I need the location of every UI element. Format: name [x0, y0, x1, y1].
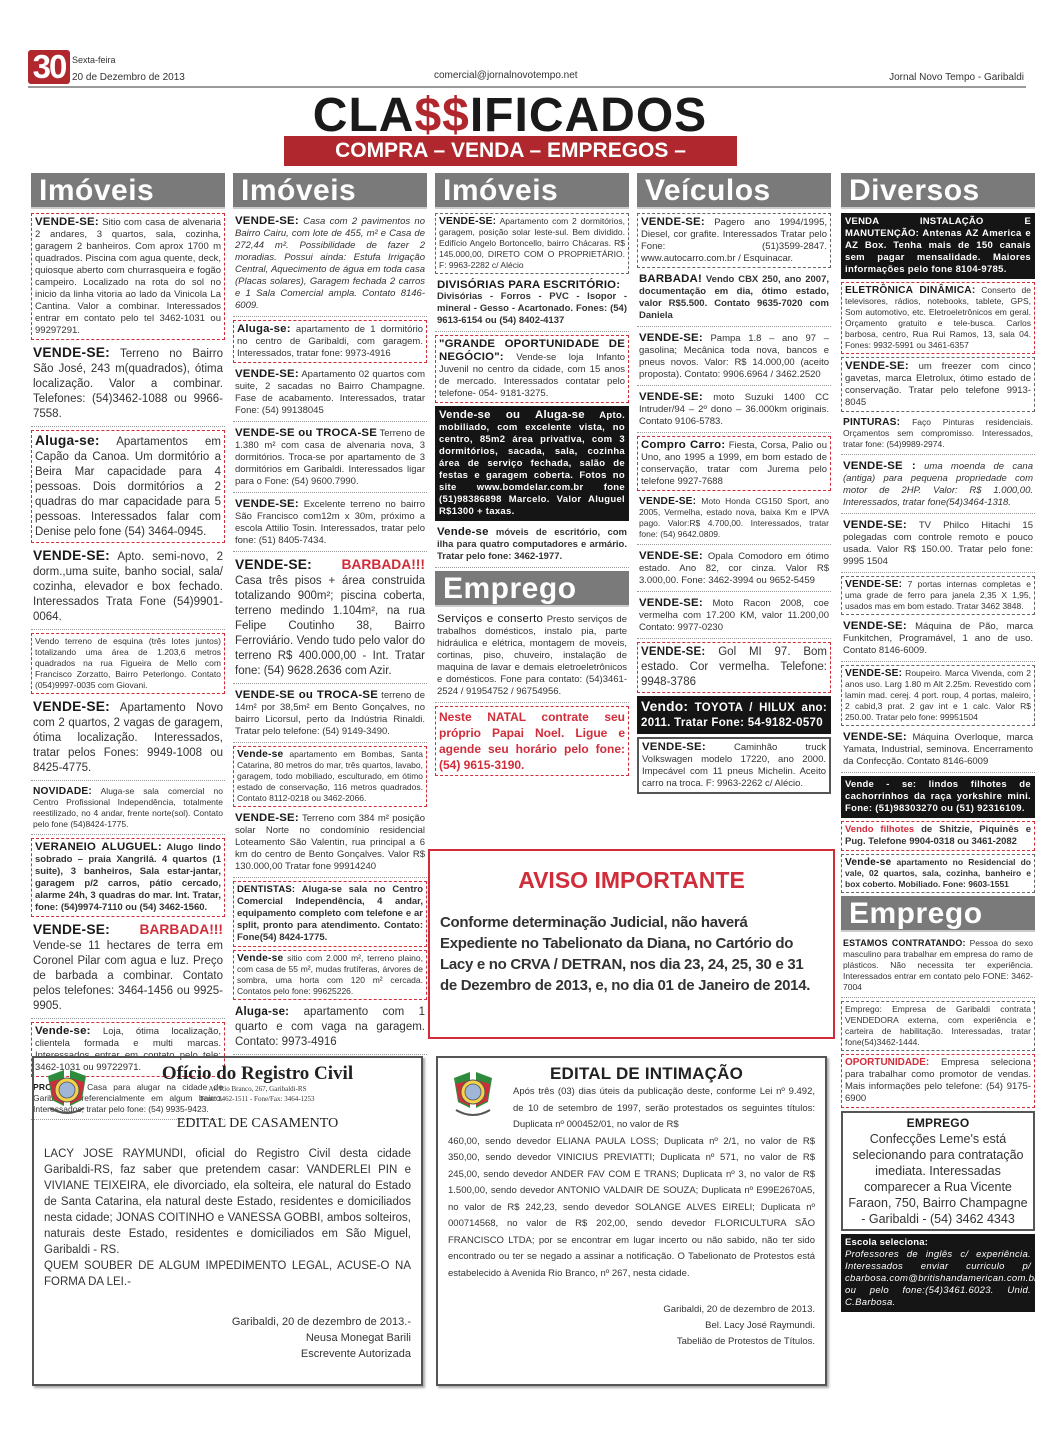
- classified-ad: Aluga-se: apartamento de 1 dormitório no…: [233, 320, 427, 363]
- ad-keyword: Aluga-se:: [35, 433, 100, 448]
- ad-text: Neste NATAL contrate seu próprio Papai N…: [439, 710, 625, 772]
- signer-name: Bel. Lacy José Raymundi.: [448, 1318, 815, 1334]
- classified-ad: Vende-se apartamento em Bombas, Santa Ca…: [233, 746, 427, 807]
- classified-ad: VENDE-SE: moto Suzuki 1400 CC Intruder/9…: [637, 389, 831, 433]
- masthead-title-part: CLA: [313, 89, 415, 142]
- classified-ad: VENDE-SE: um freezer com cinco gavetas, …: [841, 357, 1035, 412]
- classified-ad: VENDE-SE: Apartamento 02 quartos com sui…: [233, 366, 427, 422]
- classified-ad: Compro Carro: Fiesta, Corsa, Palio ou Un…: [637, 436, 831, 491]
- notice-body: LACY JOSE RAYMUNDI, oficial do Registro …: [44, 1146, 411, 1258]
- classified-ad: VENDE-SE: Roupeiro. Marca Vivenda, com 2…: [841, 665, 1035, 726]
- ad-keyword: Compro Carro:: [641, 439, 725, 451]
- ad-keyword: OPORTUNIDADE:: [845, 1057, 929, 1068]
- ad-text: Professores de inglês c/ experiência. In…: [845, 1249, 1038, 1308]
- ad-keyword: VENDE-SE:: [235, 557, 312, 572]
- ad-keyword: Serviços e conserto: [437, 613, 543, 625]
- ad-keyword: VENDE-SE:: [639, 550, 703, 562]
- ad-keyword: VERANEIO ALUGUEL:: [35, 841, 162, 853]
- classified-ad: Vendo: TOYOTA / HILUX ano: 2011. Tratar …: [637, 696, 831, 734]
- ad-keyword: Aluga-se:: [235, 1006, 289, 1018]
- place-date: Garibaldi, 20 de dezembro de 2013.: [448, 1302, 815, 1318]
- ad-keyword: VENDE-SE:: [235, 498, 299, 510]
- office-address: Av. Rio Branco, 267, Garibaldi-RS: [104, 1084, 411, 1094]
- classified-ad: PINTURAS: Faço Pinturas residenciais. Or…: [841, 415, 1035, 455]
- classified-ad: VERANEIO ALUGUEL: Alugo lindo sobrado – …: [31, 838, 225, 917]
- classified-ad: VENDE-SE ou TROCA-SE Terreno de 1.380 m²…: [233, 425, 427, 493]
- ad-keyword: VENDE-SE:: [235, 215, 299, 227]
- classified-ad: VENDE-SE: Apartamento com 2 dormitórios,…: [435, 213, 629, 274]
- ad-keyword: NOVIDADE:: [33, 786, 92, 797]
- classified-ad: OPORTUNIDADE: Empresa seleciona para tra…: [841, 1054, 1035, 1108]
- classified-ad: VENDE-SE: BARBADA!!! Vende-se 11 hectare…: [31, 920, 225, 1019]
- office-name: Ofício do Registro Civil: [104, 1064, 411, 1084]
- section-heading-emprego: Emprego: [435, 571, 629, 607]
- classified-ad: VENDE-SE: 7 portas internas completas e …: [841, 576, 1035, 615]
- ad-keyword: VENDE-SE:: [639, 332, 703, 344]
- ad-keyword: VENDE-SE :: [843, 460, 916, 472]
- signer-name: Neusa Monegat Barili: [44, 1330, 411, 1346]
- ad-keyword: Vende-se: [437, 526, 489, 538]
- classified-ad: VENDE-SE: TV Philco Hitachi 15 polegadas…: [841, 517, 1035, 573]
- ad-keyword: VENDE-SE:: [235, 368, 299, 380]
- classified-ad: VENDE-SE : uma moenda de cana (antiga) p…: [841, 458, 1035, 514]
- ad-keyword: Emprego:: [845, 1004, 882, 1014]
- signer-role: Escrevente Autorizada: [44, 1346, 411, 1362]
- classified-ad: VENDA INSTALAÇÃO E MANUTENÇÃO: Antenas A…: [841, 213, 1035, 279]
- section-heading: Imóveis: [31, 173, 225, 209]
- classified-ad: Aluga-se: Apartamentos em Capão da Canoa…: [31, 430, 225, 543]
- ad-keyword: VENDE-SE ou TROCA-SE: [235, 689, 378, 701]
- marriage-notice: Ofício do Registro Civil Av. Rio Branco,…: [32, 1056, 423, 1386]
- classified-ad: ELETRÔNICA DINÂMICA: Conserto de televis…: [841, 282, 1035, 354]
- column-imoveis-1: Imóveis VENDE-SE: Sitio com casa de alve…: [31, 173, 225, 1123]
- classified-ad: VENDE-SE: Pampa 1.8 – ano 97 – gasolina;…: [637, 330, 831, 386]
- ad-keyword: ELETRÔNICA DINÂMICA:: [845, 285, 975, 296]
- page-number: 30: [28, 50, 70, 84]
- ad-text: Sitio com casa de alvenaria 2 andares, 3…: [35, 217, 221, 336]
- ad-keyword: Aluga-se:: [237, 323, 291, 335]
- notice-title: EDITAL DE CASAMENTO: [104, 1116, 411, 1132]
- classified-ad: EMPREGOConfecções Leme's está selecionan…: [841, 1111, 1035, 1231]
- notice-body: Conforme determinação Judicial, não have…: [440, 912, 823, 996]
- ad-keyword: VENDE-SE:: [845, 579, 902, 590]
- classified-ad: Vende - se: lindos filhotes de cachorrin…: [841, 776, 1035, 818]
- classified-ad: Vende-se apartamento no Residencial do v…: [841, 854, 1035, 893]
- notice-title: AVISO IMPORTANTE: [440, 867, 823, 894]
- section-heading: Veículos: [637, 173, 831, 209]
- ad-keyword: VENDE-SE:: [33, 922, 110, 937]
- notice-signature: Garibaldi, 20 de dezembro de 2013. Bel. …: [448, 1302, 815, 1350]
- ad-text: Casa com 2 pavimentos no Bairro Cairu, c…: [235, 216, 425, 311]
- classified-ad: Vendo terreno de esquina (três lotes jun…: [31, 633, 225, 694]
- ad-text: Confecções Leme's está selecionando para…: [848, 1132, 1027, 1226]
- ad-text: Apto. mobiliado, com excelente vista, no…: [439, 410, 625, 517]
- important-notice-box: AVISO IMPORTANTE Conforme determinação J…: [428, 849, 835, 1039]
- classified-ad: VENDE-SE: Gol MI 97. Bom estado. Cor ver…: [637, 642, 831, 693]
- ad-keyword: VENDE-SE:: [439, 216, 496, 227]
- ad-highlight: BARBADA!!!: [312, 557, 425, 572]
- ad-keyword: VENDE-SE:: [845, 360, 909, 372]
- ad-keyword: VENDE-SE:: [639, 597, 703, 609]
- ad-keyword: Escola seleciona:: [845, 1237, 1031, 1249]
- ad-keyword: DIVISÓRIAS PARA ESCRITÓRIO:: [437, 279, 627, 291]
- ad-keyword: VENDE-SE:: [843, 731, 907, 743]
- ad-keyword: VENDE-SE:: [33, 699, 110, 714]
- classified-ad: VENDE-SE: Terreno no Bairro São José, 24…: [31, 343, 225, 427]
- ad-keyword: PINTURAS:: [843, 417, 900, 428]
- dollar-signs: $$: [414, 89, 469, 142]
- ad-keyword: Vendo filhotes: [845, 824, 914, 835]
- ad-keyword: Vende-se:: [35, 1025, 91, 1037]
- ad-keyword: Vende - se:: [845, 779, 916, 790]
- ad-keyword: Vende-se: [237, 749, 283, 760]
- notice-intro: Após três (03) dias úteis da publicação …: [513, 1084, 815, 1134]
- ad-keyword: VENDE-SE:: [641, 646, 705, 658]
- classified-ad: Vende-se sitio com 2.000 m², terreno pla…: [233, 950, 427, 1000]
- ad-keyword: Vendo:: [641, 699, 688, 714]
- classified-ad: Neste NATAL contrate seu próprio Papai N…: [435, 706, 629, 776]
- classified-ad: DENTISTAS: Aluga-se sala no Centro Comer…: [233, 881, 427, 947]
- column-diversos: Diversos VENDA INSTALAÇÃO E MANUTENÇÃO: …: [841, 173, 1035, 1315]
- ad-keyword: VENDE-SE:: [843, 620, 907, 632]
- ad-keyword: VENDE-SE:: [639, 496, 696, 507]
- page-date: 20 de Dezembro de 2013: [72, 72, 185, 83]
- notice-title: EDITAL DE INTIMAÇÃO: [478, 1064, 815, 1084]
- classified-ad: VENDE-SE: Pagero ano 1994/1995, Diesel, …: [637, 213, 831, 268]
- ad-keyword: Vende-se ou Aluga-se: [439, 409, 585, 421]
- classified-ad: Vendo filhotes de Shitzie, Piquinês e Pu…: [841, 821, 1035, 851]
- newspaper-name: Jornal Novo Tempo - Garibaldi: [889, 72, 1024, 83]
- ad-highlight: BARBADA!!!: [110, 922, 223, 937]
- classified-ad: VENDE-SE: Excelente terreno no bairro Sã…: [233, 496, 427, 552]
- classified-ad: ESTAMOS CONTRATANDO: Pessoa do sexo masc…: [841, 936, 1035, 998]
- classified-ad: VENDE-SE: Terreno com 384 m² posição sol…: [233, 810, 427, 878]
- ad-keyword: VENDE-SE:: [641, 216, 705, 228]
- classified-ad: VENDE-SE: Opala Comodoro em ótimo estado…: [637, 548, 831, 592]
- ad-keyword: VENDE-SE ou TROCA-SE: [235, 427, 377, 439]
- section-heading: Imóveis: [435, 173, 629, 209]
- section-heading: Diversos: [841, 173, 1035, 209]
- ad-keyword: VENDE-SE:: [33, 345, 110, 360]
- ad-keyword: VENDE-SE:: [235, 812, 299, 824]
- classified-ad: Vende-se ou Aluga-se Apto. mobiliado, co…: [435, 406, 629, 521]
- classified-ad: Aluga-se: apartamento com 1 quarto e com…: [233, 1003, 427, 1055]
- classified-ad: Vende-se móveis de escritório, com ilha …: [435, 524, 629, 568]
- ad-text: Divisórias - Forros - PVC - Isopor - min…: [437, 291, 627, 326]
- classified-ad: VENDE-SE: Apartamento Novo com 2 quartos…: [31, 697, 225, 781]
- classified-ad: VENDE-SE: Máquina Overloque, marca Yamat…: [841, 729, 1035, 773]
- ad-keyword: ESTAMOS CONTRATANDO:: [843, 938, 966, 948]
- classified-ad: BARBADA! Vendo CBX 250, ano 2007, docume…: [637, 271, 831, 327]
- masthead-title: CLA$$IFICADOS: [284, 93, 736, 139]
- classified-ad: VENDE-SE: BARBADA!!! Casa três pisos + á…: [233, 555, 427, 684]
- notice-warning: QUEM SOUBER DE ALGUM IMPEDIMENTO LEGAL, …: [44, 1258, 411, 1290]
- ad-keyword: VENDE-SE:: [35, 216, 99, 228]
- column-imoveis-2: Imóveis VENDE-SE: Casa com 2 pavimentos …: [233, 173, 427, 1058]
- section-heading-emprego: Emprego: [841, 896, 1035, 932]
- ad-text: Presto serviços de trabalhos domésticos,…: [437, 614, 627, 697]
- summons-notice: EDITAL DE INTIMAÇÃO Após três (03) dias …: [436, 1056, 827, 1386]
- notice-body: 460,00, sendo devedor ELIANA PAULA LOSS;…: [448, 1134, 815, 1283]
- page-day: Sexta-feira: [72, 55, 116, 65]
- classified-ad: DIVISÓRIAS PARA ESCRITÓRIO: Divisórias -…: [435, 277, 629, 332]
- classified-ad: NOVIDADE: Aluga-se sala comercial no Cen…: [31, 784, 225, 835]
- ad-keyword: DENTISTAS:: [237, 884, 295, 895]
- state-coat-of-arms-icon: [44, 1066, 90, 1118]
- classified-ad: VENDE-SE: Casa com 2 pavimentos no Bairr…: [233, 213, 427, 317]
- ad-keyword: EMPREGO: [846, 1115, 1030, 1131]
- ad-keyword: Vende-se: [237, 953, 283, 964]
- notice-signature: Garibaldi, 20 de dezembro de 2013.- Neus…: [44, 1314, 411, 1362]
- classified-ad: Serviços e conserto Presto serviços de t…: [435, 611, 629, 703]
- place-date: Garibaldi, 20 de dezembro de 2013.-: [44, 1314, 411, 1330]
- classified-ad: Emprego: Empresa de Garibaldi contrata V…: [841, 1001, 1035, 1051]
- page-header: 30 Sexta-feira 20 de Dezembro de 2013 co…: [28, 50, 1026, 88]
- ad-text: Vendo terreno de esquina (três lotes jun…: [35, 636, 221, 690]
- ad-text: Apartamentos em Capão da Canoa. Um dormi…: [35, 436, 221, 538]
- header-email-link[interactable]: comercial@jornalnovotempo.net: [434, 70, 578, 81]
- column-veiculos: Veículos VENDE-SE: Pagero ano 1994/1995,…: [637, 173, 831, 797]
- masthead-subtitle: COMPRA – VENDA – EMPREGOS – VEÍCULOS: [284, 136, 737, 166]
- classified-ad: VENDE-SE: Caminhão truck Volkswagen mode…: [637, 737, 831, 794]
- ad-keyword: BARBADA!: [639, 273, 702, 285]
- ad-keyword: Vende-se: [845, 857, 891, 868]
- ad-keyword: VENDE-SE:: [845, 668, 902, 679]
- masthead-title-part: IFICADOS: [470, 89, 707, 142]
- classified-ad: VENDE-SE: Sitio com casa de alvenaria 2 …: [31, 213, 225, 340]
- signer-role: Tabelião de Protestos de Títulos.: [448, 1334, 815, 1350]
- ad-keyword: VENDE-SE:: [843, 519, 907, 531]
- column-imoveis-3: Imóveis VENDE-SE: Apartamento com 2 dorm…: [435, 173, 629, 779]
- classified-ad: VENDE-SE: Apto. semi-novo, 2 dorm.,uma s…: [31, 546, 225, 630]
- classified-ad: Escola seleciona: Professores de inglês …: [841, 1234, 1035, 1312]
- classified-ad: VENDE-SE ou TROCA-SE terreno de 14m² por…: [233, 687, 427, 743]
- ad-keyword: VENDE-SE:: [642, 741, 706, 753]
- section-heading: Imóveis: [233, 173, 427, 209]
- ad-keyword: VENDE-SE:: [639, 391, 703, 403]
- office-phones: Fone: 3462-1511 - Fone/Fax: 3464-1253: [104, 1094, 411, 1104]
- classified-ad: VENDE-SE: Moto Honda CG150 Sport, ano 20…: [637, 494, 831, 545]
- ad-text: Vende-se 11 hectares de terra em Coronel…: [33, 940, 223, 1012]
- ad-keyword: VENDE-SE:: [33, 548, 110, 563]
- classified-ad: VENDE-SE: Máquina de Pão, marca Funkitch…: [841, 618, 1035, 662]
- ad-text: Casa três pisos + área construida totali…: [235, 575, 425, 677]
- classified-ad: "GRANDE OPORTUNIDADE DE NEGÓCIO": Vende-…: [435, 335, 629, 403]
- state-coat-of-arms-icon: [450, 1068, 496, 1120]
- classified-ad: VENDE-SE: Moto Racon 2008, coe vermelha …: [637, 595, 831, 639]
